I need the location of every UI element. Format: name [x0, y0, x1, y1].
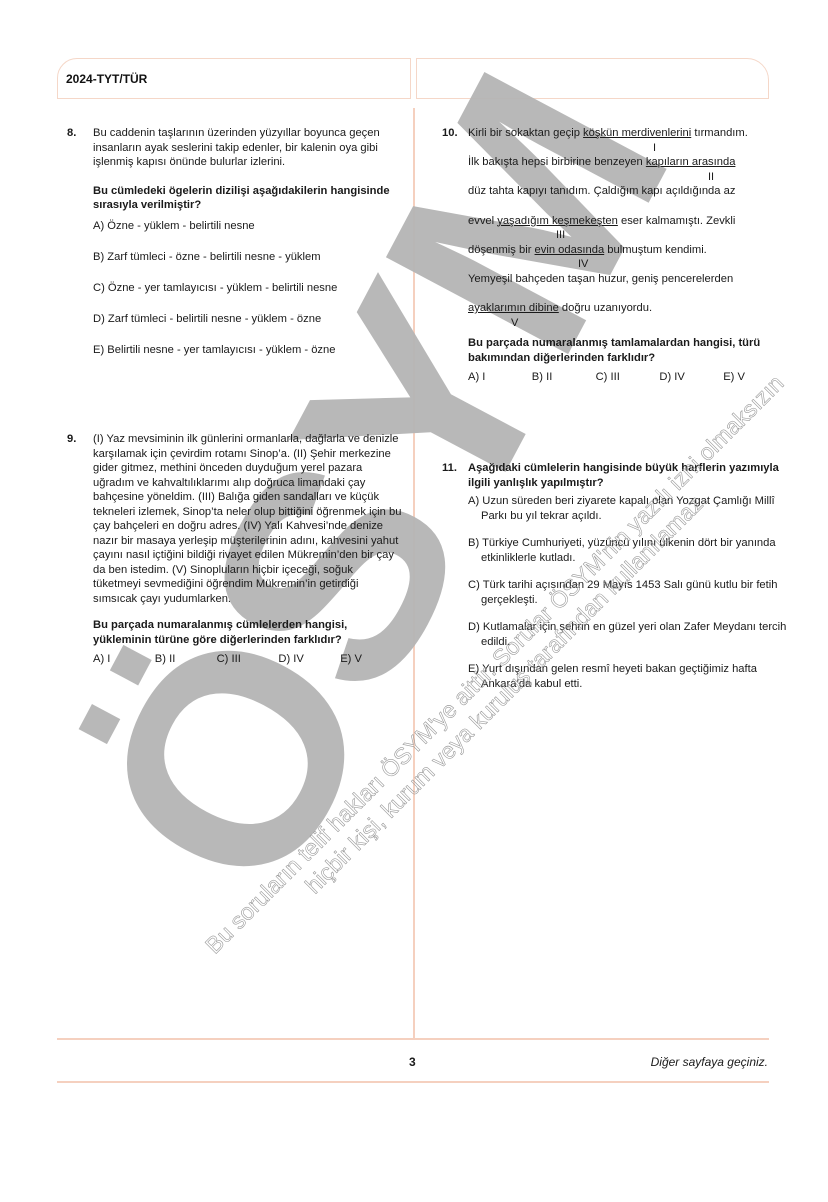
marker-3: III [556, 228, 565, 243]
question-stem: Bu parçada numaralanmış cümlelerden hang… [93, 618, 402, 647]
option-c[interactable]: C) III [217, 652, 279, 667]
underlined-phrase-4: evin odasında [535, 244, 605, 256]
option-d[interactable]: D) Kutlamalar için şehrin en güzel yeri … [468, 620, 792, 649]
option-d[interactable]: D) IV [278, 652, 340, 667]
underlined-phrase-1: köşkün merdivenlerini [583, 127, 691, 139]
passage-text: doğru uzanıyordu. [559, 302, 652, 314]
option-c[interactable]: C) Özne - yer tamlayıcısı - yüklem - bel… [93, 281, 402, 296]
marker-4: IV [578, 257, 588, 272]
passage-line: İlk bakışta hepsi birbirine benzeyen kap… [468, 155, 787, 170]
question-stem: Aşağıdaki cümlelerin hangisinde büyük ha… [468, 461, 792, 490]
option-c[interactable]: C) III [596, 370, 660, 385]
passage-text: İlk bakışta hepsi birbirine benzeyen [468, 156, 646, 168]
passage-text: Kirli bir sokaktan geçip [468, 127, 583, 139]
option-b[interactable]: B) Zarf tümleci - özne - belirtili nesne… [93, 250, 402, 265]
passage-text: düz tahta kapıyı tanıdım. Çaldığım kapı … [468, 185, 735, 197]
passage-line: döşenmiş bir evin odasında bulmuştum ken… [468, 243, 787, 258]
passage-text: tırmandım. [691, 127, 748, 139]
underlined-phrase-5: ayaklarımın dibine [468, 302, 559, 314]
underlined-phrase-2: kapıların arasında [646, 156, 736, 168]
passage-line: evvel yaşadığım keşmekeşten eser kalmamı… [468, 214, 787, 229]
option-a[interactable]: A) I [468, 370, 532, 385]
header-left-box: 2024-TYT/TÜR [57, 58, 411, 99]
question-9: 9. (I) Yaz mevsiminin ilk günlerini orma… [67, 432, 402, 667]
page-number: 3 [409, 1055, 416, 1069]
passage-line: Kirli bir sokaktan geçip köşkün merdiven… [468, 126, 787, 141]
option-b[interactable]: B) II [532, 370, 596, 385]
footer-divider-bottom [57, 1081, 769, 1083]
option-a[interactable]: A) I [93, 652, 155, 667]
question-passage: Kirli bir sokaktan geçip köşkün merdiven… [468, 126, 787, 385]
marker-1: I [653, 141, 656, 156]
passage-text: Yemyeşil bahçeden taşan huzur, geniş pen… [468, 273, 733, 285]
option-b[interactable]: B) II [155, 652, 217, 667]
option-c[interactable]: C) Türk tarihi açısından 29 Mayıs 1453 S… [468, 578, 792, 607]
question-number: 11. [442, 461, 457, 476]
option-e[interactable]: E) Belirtili nesne - yer tamlayıcısı - y… [93, 343, 402, 358]
question-10: 10. Kirli bir sokaktan geçip köşkün merd… [442, 126, 787, 385]
passage-text: döşenmiş bir [468, 244, 535, 256]
passage-line: düz tahta kapıyı tanıdım. Çaldığım kapı … [468, 184, 787, 199]
next-page-note: Diğer sayfaya geçiniz. [651, 1055, 768, 1069]
question-stem: Bu cümledeki ögelerin dizilişi aşağıdaki… [93, 184, 402, 213]
exam-title: 2024-TYT/TÜR [66, 72, 147, 86]
footer-divider-top [57, 1038, 769, 1040]
question-text: (I) Yaz mevsiminin ilk günlerini ormanla… [93, 432, 402, 606]
question-number: 9. [67, 432, 76, 447]
question-number: 10. [442, 126, 458, 141]
underlined-phrase-3: yaşadığım keşmekeşten [497, 215, 618, 227]
option-e[interactable]: E) V [340, 652, 402, 667]
passage-line: Yemyeşil bahçeden taşan huzur, geniş pen… [468, 272, 787, 287]
question-8: 8. Bu caddenin taşlarının üzerinden yüzy… [67, 126, 402, 357]
passage-line: ayaklarımın dibine doğru uzanıyordu. [468, 301, 787, 316]
exam-page: 2024-TYT/TÜR ÖSYM 8. Bu caddenin taşları… [0, 0, 828, 1202]
header-right-box [416, 58, 769, 99]
option-e[interactable]: E) Yurt dışından gelen resmî heyeti baka… [468, 662, 792, 691]
option-d[interactable]: D) Zarf tümleci - belirtili nesne - yükl… [93, 312, 402, 327]
passage-text: evvel [468, 215, 497, 227]
question-text: Bu caddenin taşlarının üzerinden yüzyıll… [93, 126, 402, 170]
option-b[interactable]: B) Türkiye Cumhuriyeti, yüzüncü yılını ü… [468, 536, 792, 565]
option-a[interactable]: A) Uzun süreden beri ziyarete kapalı ola… [468, 494, 792, 523]
question-stem: Bu parçada numaralanmış tamlamalardan ha… [468, 336, 787, 365]
question-number: 8. [67, 126, 76, 141]
option-e[interactable]: E) V [723, 370, 787, 385]
option-d[interactable]: D) IV [659, 370, 723, 385]
marker-5: V [511, 316, 518, 331]
marker-2: II [708, 170, 714, 185]
column-divider [413, 108, 415, 1038]
question-11: 11. Aşağıdaki cümlelerin hangisinde büyü… [442, 461, 792, 691]
passage-text: eser kalmamıştı. Zevkli [618, 215, 736, 227]
option-a[interactable]: A) Özne - yüklem - belirtili nesne [93, 219, 402, 234]
passage-text: bulmuştum kendimi. [604, 244, 707, 256]
